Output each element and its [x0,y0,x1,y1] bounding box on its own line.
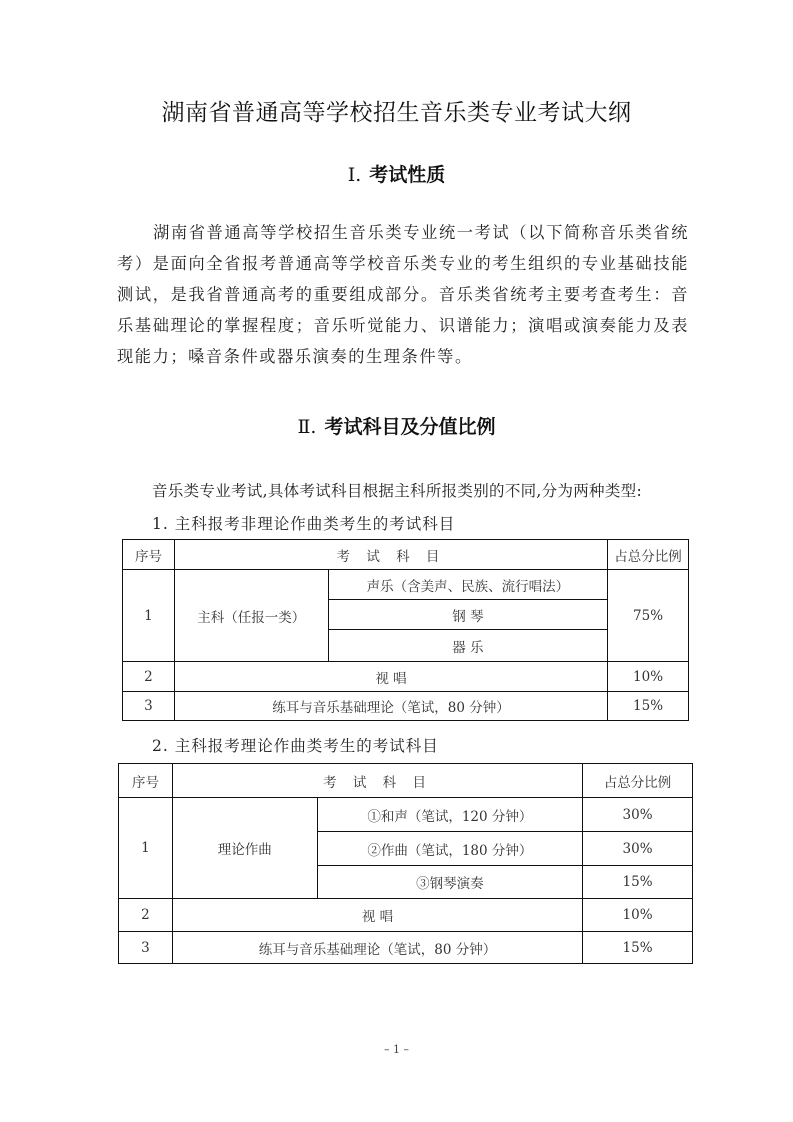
table2-row1-item2: ②作曲（笔试，180 分钟） [317,832,583,866]
table1-row1-no: 1 [123,570,175,662]
table1-header-no: 序号 [123,540,175,570]
table2-row3-subject: 练耳与音乐基础理论（笔试，80 分钟） [172,932,582,964]
table2-row3-ratio: 15% [583,932,693,964]
document-title: 湖南省普通高等学校招生音乐类专业考试大纲 [0,94,793,127]
section2-number: Ⅱ. [298,416,317,438]
table1: 序号 考 试 科 目 占总分比例 1 主科（任报一类） 声乐（含美声、民族、流行… [122,539,689,721]
table1-row1-item2: 钢 琴 [328,600,607,630]
table2-row2-no: 2 [119,899,173,932]
section1-number: Ⅰ. [348,164,362,186]
section2-heading: Ⅱ.考试科目及分值比例 [0,412,793,439]
table2-row1-no: 1 [119,798,173,899]
table2-row1-category: 理论作曲 [172,798,317,899]
table2-header-ratio: 占总分比例 [583,764,693,798]
table2-caption: 2. 主科报考理论作曲类考生的考试科目 [152,734,439,756]
table1-row1-item3: 器 乐 [328,630,607,662]
section1-paragraph-text: 湖南省普通高等学校招生音乐类专业统一考试（以下简称音乐类省统考）是面向全省报考普… [117,223,689,366]
table1-row3-ratio: 15% [608,692,689,721]
table2-row3-no: 3 [119,932,173,964]
table1-row3-subject: 练耳与音乐基础理论（笔试，80 分钟） [174,692,607,721]
table1-row1-item1: 声乐（含美声、民族、流行唱法） [328,570,607,600]
table1-row1-ratio: 75% [608,570,689,662]
section1-paragraph: 湖南省普通高等学校招生音乐类专业统一考试（以下简称音乐类省统考）是面向全省报考普… [117,217,689,372]
table2-header-subject: 考 试 科 目 [172,764,582,798]
table2: 序号 考 试 科 目 占总分比例 1 理论作曲 ①和声（笔试，120 分钟） 3… [118,763,693,964]
table1-row3-no: 3 [123,692,175,721]
table1-header-subject: 考 试 科 目 [174,540,607,570]
table1-row1-category: 主科（任报一类） [174,570,328,662]
section1-title: 考试性质 [369,164,445,186]
section1-heading: Ⅰ.考试性质 [0,160,793,187]
section2-title: 考试科目及分值比例 [324,416,495,438]
table1-header-ratio: 占总分比例 [608,540,689,570]
table2-row1-item3-ratio: 15% [583,866,693,899]
table1-row2-subject: 视 唱 [174,662,607,692]
table2-header-no: 序号 [119,764,173,798]
table2-row2-ratio: 10% [583,899,693,932]
section2-intro: 音乐类专业考试,具体考试科目根据主科所报类别的不同,分为两种类型: [152,479,642,501]
table2-row1-item1: ①和声（笔试，120 分钟） [317,798,583,832]
table2-row1-item3: ③钢琴演奏 [317,866,583,899]
page-number: – 1 – [0,1043,793,1056]
table2-row2-subject: 视 唱 [172,899,582,932]
table1-row2-ratio: 10% [608,662,689,692]
table2-row1-item1-ratio: 30% [583,798,693,832]
table1-caption: 1. 主科报考非理论作曲类考生的考试科目 [152,512,455,534]
table2-row1-item2-ratio: 30% [583,832,693,866]
table1-row2-no: 2 [123,662,175,692]
